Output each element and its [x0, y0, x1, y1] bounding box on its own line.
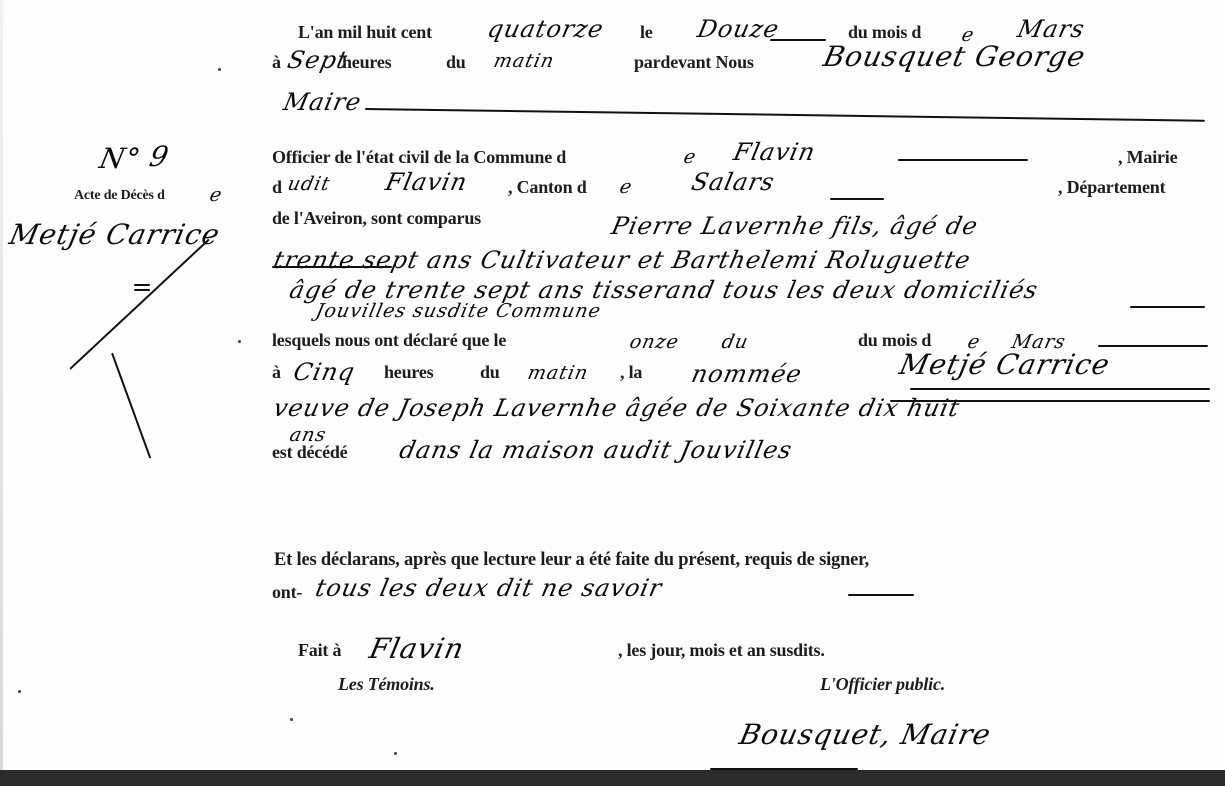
line8-fill — [1130, 306, 1205, 308]
closing-line-1: Et les déclarans, après que lecture leur… — [274, 550, 869, 571]
line11-text-4: , la — [620, 362, 642, 383]
official-name: Bousquet George — [820, 40, 1088, 73]
line7-handwritten: trente sept ans Cultivateur et Barthelem… — [271, 246, 973, 274]
line10-hw2: du — [720, 331, 751, 353]
line5-hw1: udit — [286, 173, 333, 195]
closing-line-2-fill — [848, 594, 914, 596]
declarant-1: Pierre Lavernhe fils, âgé de — [609, 212, 981, 240]
record-number: 9 — [146, 140, 172, 173]
line1-text-1: L'an mil huit cent — [298, 22, 432, 43]
death-period: matin — [526, 362, 591, 384]
line5-text-1: d — [272, 177, 282, 198]
death-hour: Cinq — [291, 358, 358, 386]
line5-text-3: , Département — [1058, 177, 1165, 198]
date-clause: , les jour, mois et an susdits. — [618, 640, 825, 661]
officer-signature: Bousquet, Maire — [736, 718, 994, 751]
named-handwritten: nommée — [689, 360, 805, 388]
officer-label: L'Officier public. — [820, 674, 945, 695]
page-edge — [0, 0, 3, 770]
witnesses-label: Les Témoins. — [338, 674, 435, 695]
line14-text-1: est décédé — [272, 442, 347, 463]
line4-text-2: , Mairie — [1118, 147, 1177, 168]
record-type-suffix: e — [208, 184, 225, 206]
margin-underline-2 — [134, 289, 150, 291]
period-handwritten: matin — [492, 50, 557, 72]
line1-fill — [770, 39, 826, 41]
line10-fill — [1098, 345, 1208, 347]
declared-day: onze — [628, 331, 682, 353]
line2-text-4: pardevant Nous — [634, 52, 754, 73]
canton-suffix: e — [618, 176, 635, 198]
line12-handwritten: veuve de Joseph Lavernhe âgée de Soixant… — [271, 394, 963, 422]
fait-a-label: Fait à — [298, 640, 341, 661]
closing-line-2-prefix: ont- — [272, 582, 302, 603]
line11-text-2: heures — [384, 362, 433, 383]
line2-text-1: à — [272, 52, 281, 73]
line6-text-1: de l'Aveiron, sont comparus — [272, 208, 481, 229]
official-title: Maire — [281, 88, 364, 116]
document-page: N° 9 Acte de Décès d e Metjé Carrice L'a… — [0, 0, 1225, 770]
month-handwritten: Mars — [1015, 15, 1088, 43]
record-number-label: N° — [96, 142, 144, 175]
deceased-name: Metjé Carrice — [896, 348, 1113, 381]
hour-handwritten: Sept — [285, 46, 351, 74]
line1-text-2: le — [640, 22, 653, 43]
day-handwritten: Douze — [695, 15, 782, 43]
line11-text-1: à — [272, 362, 281, 383]
line7-strike — [272, 266, 392, 268]
line5-text-2: , Canton d — [508, 177, 587, 198]
viewer-bottom-bar — [0, 770, 1225, 786]
deceased-name-margin: Metjé Carrice — [6, 218, 223, 251]
record-type-label: Acte de Décès d — [74, 188, 165, 204]
fait-a-place: Flavin — [366, 632, 467, 665]
death-place: dans la maison audit Jouvilles — [397, 436, 795, 464]
line2-text-3: du — [446, 52, 466, 73]
line12-strike — [890, 400, 1210, 402]
line4-fill — [898, 159, 1028, 161]
canton-handwritten: Salars — [689, 168, 777, 196]
line5-fill — [830, 198, 884, 200]
year-handwritten: quatorze — [485, 15, 606, 43]
mark-stroke-2 — [111, 353, 151, 459]
line11-underline — [910, 388, 1210, 390]
mark-stroke-1 — [69, 239, 209, 370]
closing-line-2-handwritten: tous les deux dit ne savoir — [313, 574, 665, 602]
line3-fill — [365, 108, 1205, 122]
commune-handwritten: Flavin — [731, 138, 818, 166]
line10-text-1: lesquels nous ont déclaré que le — [272, 330, 506, 351]
margin-underline — [134, 284, 150, 286]
commune-handwritten-2: Flavin — [383, 168, 470, 196]
line4-text-1: Officier de l'état civil de la Commune d — [272, 147, 566, 168]
commune-suffix: e — [682, 146, 699, 168]
line2-text-2: heures — [342, 52, 391, 73]
line11-text-3: du — [480, 362, 500, 383]
line9-handwritten: Jouvilles susdite Commune — [314, 300, 604, 322]
